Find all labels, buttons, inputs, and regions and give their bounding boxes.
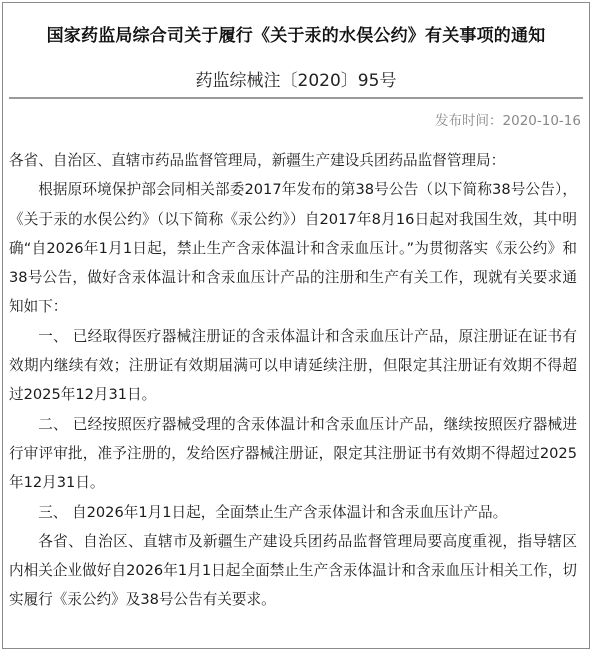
document-frame: 国家药监局综合司关于履行《关于汞的水俣公约》有关事项的通知 药监综械注〔2020… bbox=[2, 2, 590, 649]
document-body: 各省、自治区、直辖市药品监督管理局，新疆生产建设兵团药品监督管理局： 根据原环境… bbox=[9, 146, 577, 615]
item-3: 三、 自2026年1月1日起，全面禁止生产含汞体温计和含汞血压计产品。 bbox=[9, 498, 577, 527]
header-divider bbox=[9, 97, 583, 99]
intro-paragraph: 根据原环境保护部会同相关部委2017年发布的第38号公告（以下简称38号公告），… bbox=[9, 175, 577, 321]
closing-paragraph: 各省、自治区、直辖市及新疆生产建设兵团药品监督管理局要高度重视，指导辖区内相关企… bbox=[9, 527, 577, 615]
item-2: 二、 已经按照医疗器械受理的含汞体温计和含汞血压计产品，继续按照医疗器械进行审评… bbox=[9, 410, 577, 498]
item-1: 一、 已经取得医疗器械注册证的含汞体温计和含汞血压计产品，原注册证在证书有效期内… bbox=[9, 322, 577, 410]
document-title: 国家药监局综合司关于履行《关于汞的水俣公约》有关事项的通知 bbox=[3, 21, 589, 46]
addressee: 各省、自治区、直辖市药品监督管理局，新疆生产建设兵团药品监督管理局： bbox=[9, 146, 577, 175]
publish-date: 发布时间：2020-10-16 bbox=[435, 109, 581, 129]
document-number: 药监综械注〔2020〕95号 bbox=[3, 66, 589, 91]
